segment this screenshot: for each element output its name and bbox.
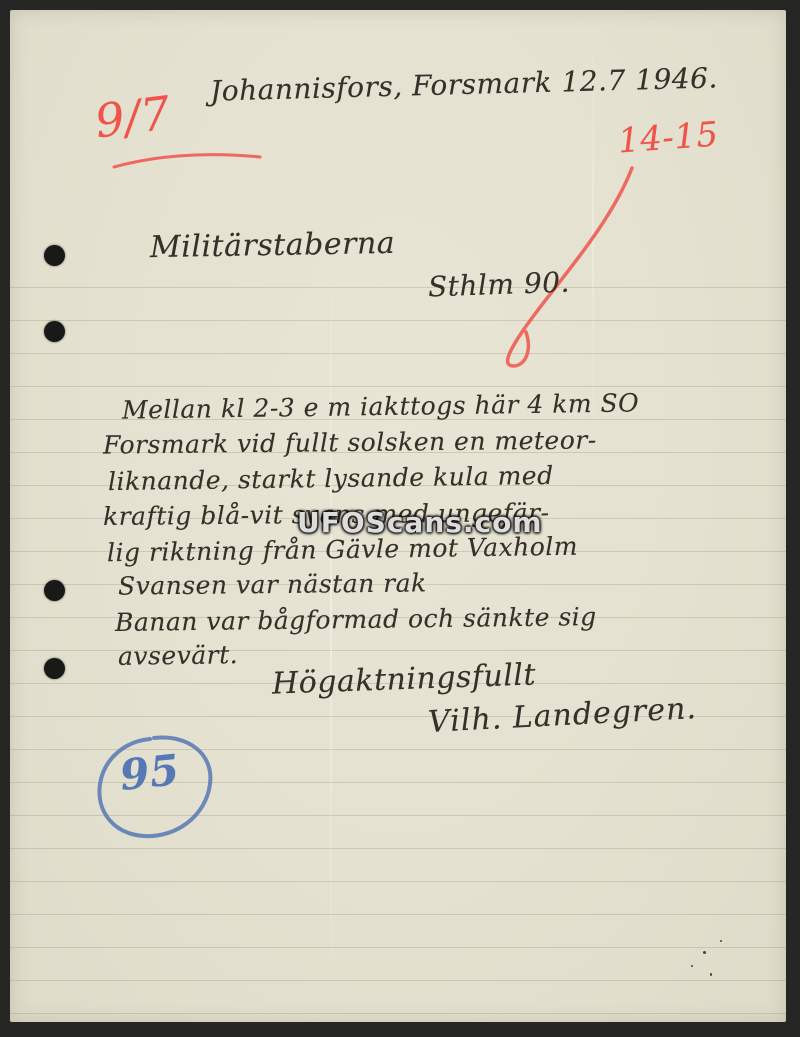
- ink-speckle: [710, 973, 712, 976]
- dateline: Johannisfors, Forsmark 12.7 1946.: [210, 61, 719, 107]
- red-annotation-date: 9/7: [92, 86, 174, 149]
- hole-punch: [44, 321, 65, 342]
- closing: Högaktningsfullt: [271, 657, 536, 701]
- body-line: Forsmark vid fullt solsken en meteor-: [103, 425, 597, 459]
- hole-punch: [44, 245, 65, 266]
- red-annotation-time: 14-15: [617, 115, 720, 162]
- scanned-letter-page: Johannisfors, Forsmark 12.7 1946. 9/7 14…: [0, 0, 800, 1037]
- body-line: avsevärt.: [118, 640, 239, 671]
- hole-punch: [44, 580, 65, 601]
- recipient-line-1: Militärstaberna: [150, 226, 396, 265]
- body-line: Banan var bågformad och sänkte sig: [115, 602, 597, 637]
- signature: Vilh. Landegren.: [427, 691, 697, 740]
- red-annotation-tail-stroke: [110, 145, 270, 175]
- ink-speckle: [703, 951, 706, 954]
- blue-archive-number: 95: [118, 745, 182, 800]
- ink-speckle: [720, 940, 722, 942]
- recipient-line-2: Sthlm 90.: [427, 266, 570, 304]
- watermark: UFOScans.com: [297, 506, 543, 539]
- body-line: liknande, starkt lysande kula med: [108, 461, 554, 496]
- ruled-lines: [10, 255, 786, 1022]
- body-line: Svansen var nästan rak: [118, 568, 427, 600]
- ink-speckle: [691, 965, 693, 967]
- hole-punch: [44, 658, 65, 679]
- body-line: Mellan kl 2-3 e m iakttogs här 4 km SO: [122, 388, 640, 424]
